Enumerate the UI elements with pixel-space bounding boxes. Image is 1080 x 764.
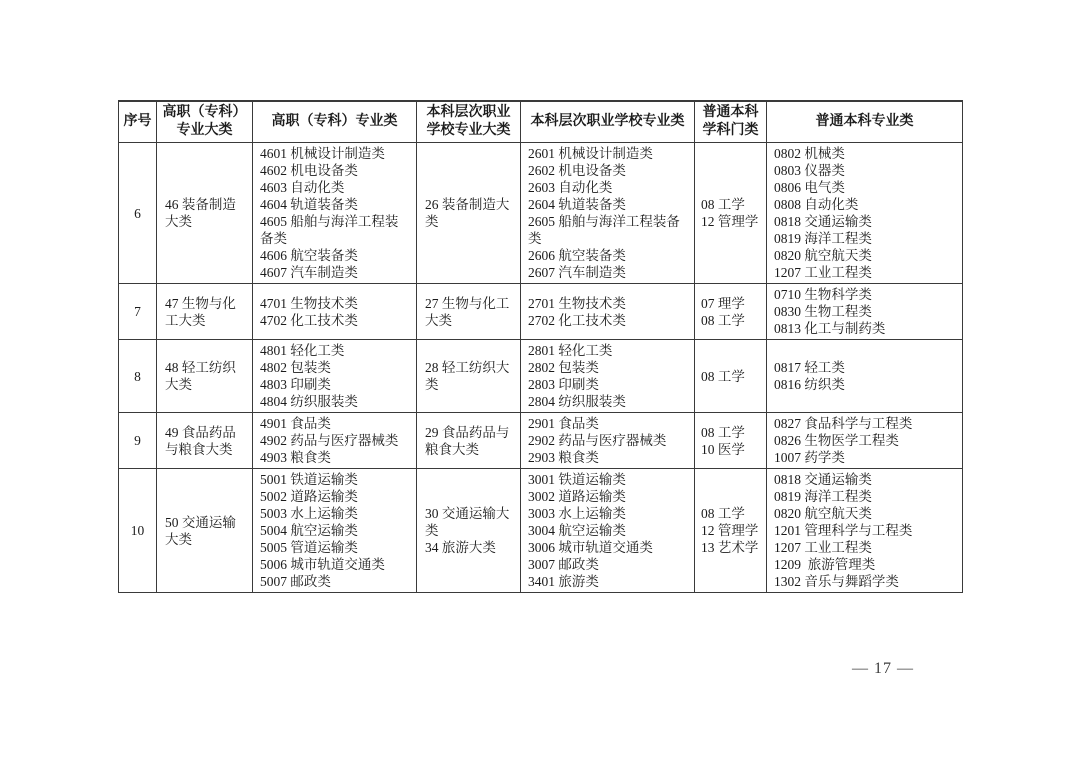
header-seq: 序号 [119,101,157,143]
ug-voc-category-cell: 29 食品药品与粮食大类 [417,413,521,469]
ug-majors-cell: 0817 轻工类 0816 纺织类 [767,340,963,413]
ug-disciplines-cell: 08 工学 [695,340,767,413]
ug-voc-category-cell: 28 轻工纺织大类 [417,340,521,413]
table-header-row: 序号 高职（专科） 专业大类 高职（专科）专业类 本科层次职业 学校专业大类 本… [119,101,963,143]
ug-voc-majors-cell: 3001 铁道运输类 3002 道路运输类 3003 水上运输类 3004 航空… [521,469,695,593]
header-ug-disciplines: 普通本科 学科门类 [695,101,767,143]
ug-voc-majors-cell: 2901 食品类 2902 药品与医疗器械类 2903 粮食类 [521,413,695,469]
document-page: 序号 高职（专科） 专业大类 高职（专科）专业类 本科层次职业 学校专业大类 本… [0,0,1080,764]
ug-majors-cell: 0827 食品科学与工程类 0826 生物医学工程类 1007 药学类 [767,413,963,469]
college-category-cell: 47 生物与化工大类 [157,284,253,340]
seq-cell: 10 [119,469,157,593]
table-row: 848 轻工纺织大类4801 轻化工类 4802 包装类 4803 印刷类 48… [119,340,963,413]
table-row: 747 生物与化工大类4701 生物技术类 4702 化工技术类27 生物与化工… [119,284,963,340]
college-majors-cell: 4801 轻化工类 4802 包装类 4803 印刷类 4804 纺织服装类 [253,340,417,413]
ug-voc-majors-cell: 2701 生物技术类 2702 化工技术类 [521,284,695,340]
seq-cell: 6 [119,143,157,284]
college-category-cell: 46 装备制造大类 [157,143,253,284]
college-majors-cell: 5001 铁道运输类 5002 道路运输类 5003 水上运输类 5004 航空… [253,469,417,593]
ug-disciplines-cell: 08 工学 10 医学 [695,413,767,469]
ug-voc-majors-cell: 2601 机械设计制造类 2602 机电设备类 2603 自动化类 2604 轨… [521,143,695,284]
college-category-cell: 49 食品药品与粮食大类 [157,413,253,469]
page-number: — 17 — [852,660,914,678]
ug-disciplines-cell: 08 工学 12 管理学 13 艺术学 [695,469,767,593]
ug-majors-cell: 0710 生物科学类 0830 生物工程类 0813 化工与制药类 [767,284,963,340]
header-ug-majors: 普通本科专业类 [767,101,963,143]
header-ug-voc-category: 本科层次职业 学校专业大类 [417,101,521,143]
college-category-cell: 50 交通运输大类 [157,469,253,593]
header-college-majors: 高职（专科）专业类 [253,101,417,143]
college-majors-cell: 4901 食品类 4902 药品与医疗器械类 4903 粮食类 [253,413,417,469]
table-row: 646 装备制造大类4601 机械设计制造类 4602 机电设备类 4603 自… [119,143,963,284]
table-row: 949 食品药品与粮食大类4901 食品类 4902 药品与医疗器械类 4903… [119,413,963,469]
seq-cell: 9 [119,413,157,469]
seq-cell: 8 [119,340,157,413]
header-ug-voc-majors: 本科层次职业学校专业类 [521,101,695,143]
header-college-category: 高职（专科） 专业大类 [157,101,253,143]
ug-majors-cell: 0818 交通运输类 0819 海洋工程类 0820 航空航天类 1201 管理… [767,469,963,593]
major-category-mapping-table: 序号 高职（专科） 专业大类 高职（专科）专业类 本科层次职业 学校专业大类 本… [118,100,963,593]
ug-disciplines-cell: 08 工学 12 管理学 [695,143,767,284]
table-row: 1050 交通运输大类5001 铁道运输类 5002 道路运输类 5003 水上… [119,469,963,593]
ug-voc-majors-cell: 2801 轻化工类 2802 包装类 2803 印刷类 2804 纺织服装类 [521,340,695,413]
table-body: 646 装备制造大类4601 机械设计制造类 4602 机电设备类 4603 自… [119,143,963,593]
college-category-cell: 48 轻工纺织大类 [157,340,253,413]
ug-voc-category-cell: 26 装备制造大类 [417,143,521,284]
ug-disciplines-cell: 07 理学 08 工学 [695,284,767,340]
college-majors-cell: 4601 机械设计制造类 4602 机电设备类 4603 自动化类 4604 轨… [253,143,417,284]
college-majors-cell: 4701 生物技术类 4702 化工技术类 [253,284,417,340]
ug-voc-category-cell: 30 交通运输大类 34 旅游大类 [417,469,521,593]
ug-majors-cell: 0802 机械类 0803 仪器类 0806 电气类 0808 自动化类 081… [767,143,963,284]
seq-cell: 7 [119,284,157,340]
ug-voc-category-cell: 27 生物与化工大类 [417,284,521,340]
